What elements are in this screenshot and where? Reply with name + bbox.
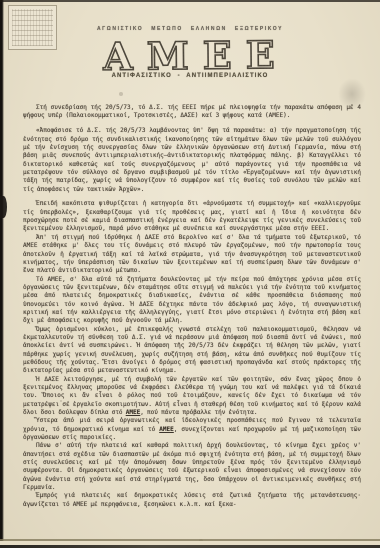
scanned-document-page: ΑΓΩΝΙΣΤΙΚΟ ΜΕΤΩΠΟ ΕΛΛΗΝΩΝ ΕΞΩΤΕΡΙΚΟΥ ΑΜΕ… <box>0 0 380 548</box>
paragraph: Στή συνεδρίαση τής 20/5/73, τό Δ.Σ. τής … <box>23 104 361 121</box>
left-edge-ink-mark <box>0 196 7 218</box>
paragraph: Ἡ ΔΑΣΕ λειτούργησε, μέ τή συμβολή τῶν ἐρ… <box>23 376 361 418</box>
amee-underlined-mention: ΑΜΕΕ <box>126 409 140 416</box>
scan-edge-top <box>0 0 380 2</box>
scan-edge-left <box>0 0 4 542</box>
paragraph-text: , πού πάντα πρόβαλλε τήν ἑνότητα. <box>140 409 257 416</box>
document-body: Στή συνεδρίαση τής 20/5/73, τό Δ.Σ. τής … <box>23 104 361 532</box>
paragraph: Ὅμως ὁρισμένοι κύκλοι, μέ ἐπικεφαλής γνω… <box>23 326 361 376</box>
amee-underlined-mention: ΑΜΕΕ <box>159 426 173 433</box>
header-subtitle: ΑΝΤΙΦΑΣΙΣΤΙΚΟ - ΑΝΤΙΙΜΠΕΡΙΑΛΙΣΤΙΚΟ <box>0 73 380 79</box>
paragraph: Ὕστερα ἀπό μιά σειρά ὀργανωτικές καί ἰδε… <box>23 417 361 442</box>
organization-name: ΑΓΩΝΙΣΤΙΚΟ ΜΕΤΩΠΟ ΕΛΛΗΝΩΝ ΕΞΩΤΕΡΙΚΟΥ <box>0 26 380 32</box>
paragraph: Τό ΑΜΕΕ, σ' ὅλα αὐτά τά ζητήματα δουλεύο… <box>23 276 361 326</box>
paragraph: Ἀπ' τή στιγμή πού ἱδρύθηκε ἡ ΔΑΣΕ στό Βε… <box>23 234 361 276</box>
paragraph: Ἐπειδή κακόπιστα ψιθυρίζεται ἡ κατηγορία… <box>23 200 361 233</box>
paragraph: Πάνω σ' αὐτή τήν πλατειά καί καθαρά πολι… <box>23 442 361 492</box>
paragraph: «Ἀποφάσισε τό Δ.Σ. τής 20/5/73 λαμβάνοντ… <box>23 127 361 194</box>
paragraph: Ἐμπρός γιά πλατειές καί δημοκρατικές λύσ… <box>23 492 361 509</box>
